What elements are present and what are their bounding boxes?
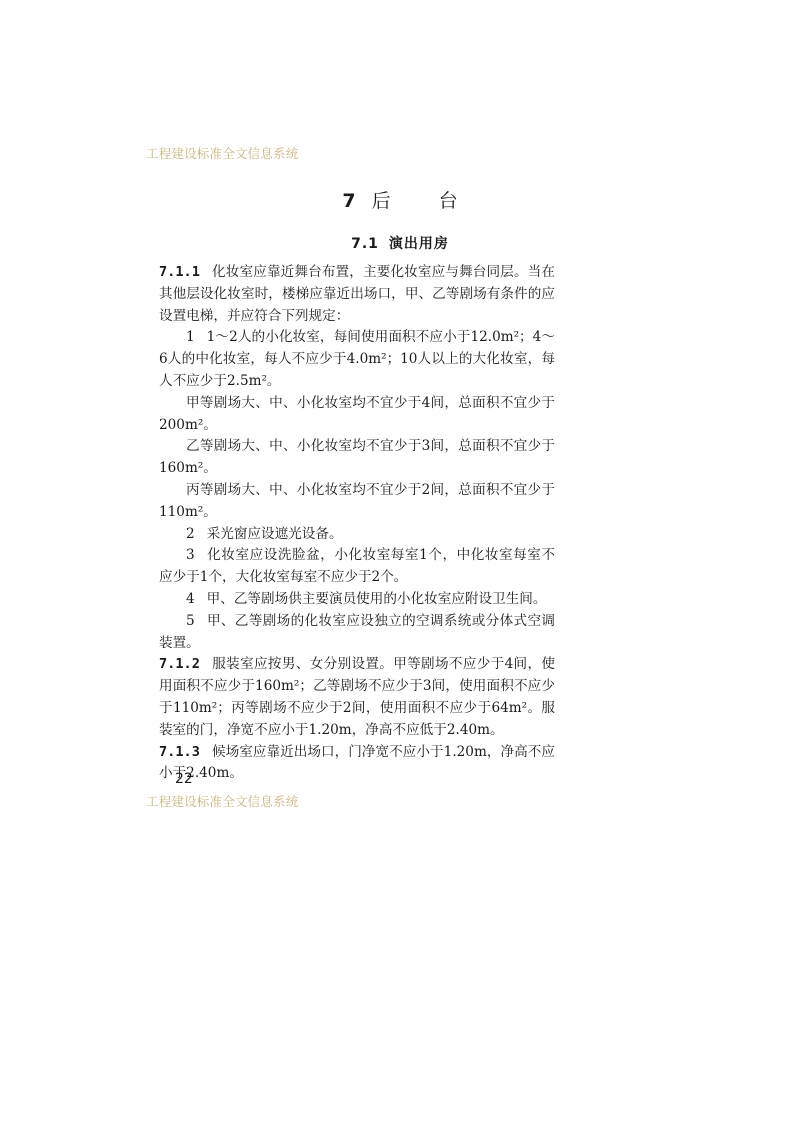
item-number: 5 — [186, 613, 195, 629]
chapter-title-part1: 后 — [372, 190, 391, 212]
page-number: 22 — [175, 771, 193, 787]
watermark-header: 工程建设标准全文信息系统 — [146, 144, 298, 162]
item-number: 1 — [186, 329, 195, 345]
clause-7-1-3: 7.1.3候场室应靠近出场口，门净宽不应小于1.20m，净高不应小于2.40m。 — [159, 742, 555, 786]
chapter-title: 7后台 — [0, 186, 800, 213]
chapter-title-part2: 台 — [439, 190, 458, 212]
item-number: 2 — [186, 526, 195, 542]
chapter-number: 7 — [342, 190, 355, 212]
item-text: 甲、乙等剧场的化妆室应设独立的空调系统或分体式空调装置。 — [159, 613, 555, 651]
clause-number: 7.1.1 — [159, 264, 200, 280]
document-body: 7.1.1化妆室应靠近舞台布置，主要化妆室应与舞台同层。当在其他层设化妆室时，楼… — [159, 262, 555, 785]
item-5: 5甲、乙等剧场的化妆室应设独立的空调系统或分体式空调装置。 — [159, 611, 555, 655]
item-text: 采光窗应设遮光设备。 — [207, 526, 343, 542]
watermark-footer: 工程建设标准全文信息系统 — [146, 792, 298, 810]
clause-text: 化妆室应靠近舞台布置，主要化妆室应与舞台同层。当在其他层设化妆室时，楼梯应靠近出… — [159, 264, 555, 324]
clause-text: 服装室应按男、女分别设置。甲等剧场不应少于4间，使用面积不应少于160m²；乙等… — [159, 656, 555, 737]
clause-7-1-2: 7.1.2服装室应按男、女分别设置。甲等剧场不应少于4间，使用面积不应少于160… — [159, 654, 555, 741]
section-title-text: 演出用房 — [389, 236, 449, 252]
clause-text: 候场室应靠近出场口，门净宽不应小于1.20m，净高不应小于2.40m。 — [159, 744, 555, 782]
item-text: 1～2人的小化妆室，每间使用面积不应小于12.0m²；4～6人的中化妆室，每人不… — [159, 329, 555, 389]
item-number: 4 — [186, 591, 195, 607]
clause-7-1-1: 7.1.1化妆室应靠近舞台布置，主要化妆室应与舞台同层。当在其他层设化妆室时，楼… — [159, 262, 555, 327]
item-1-grade-a: 甲等剧场大、中、小化妆室均不宜少于4间，总面积不宜少于200m²。 — [159, 393, 555, 437]
clause-number: 7.1.3 — [159, 744, 200, 760]
item-1: 11～2人的小化妆室，每间使用面积不应小于12.0m²；4～6人的中化妆室，每人… — [159, 327, 555, 392]
item-text: 甲、乙等剧场供主要演员使用的小化妆室应附设卫生间。 — [207, 591, 547, 607]
item-4: 4甲、乙等剧场供主要演员使用的小化妆室应附设卫生间。 — [159, 589, 555, 611]
section-number: 7.1 — [351, 236, 379, 252]
clause-number: 7.1.2 — [159, 656, 200, 672]
item-1-grade-c: 丙等剧场大、中、小化妆室均不宜少于2间，总面积不宜少于110m²。 — [159, 480, 555, 524]
item-text: 化妆室应设洗脸盆，小化妆室每室1个，中化妆室每室不应少于1个，大化妆室每室不应少… — [159, 547, 555, 585]
item-1-grade-b: 乙等剧场大、中、小化妆室均不宜少于3间，总面积不宜少于160m²。 — [159, 436, 555, 480]
section-title: 7.1演出用房 — [0, 233, 800, 253]
item-2: 2采光窗应设遮光设备。 — [159, 524, 555, 546]
item-number: 3 — [186, 547, 195, 563]
item-3: 3化妆室应设洗脸盆，小化妆室每室1个，中化妆室每室不应少于1个，大化妆室每室不应… — [159, 545, 555, 589]
